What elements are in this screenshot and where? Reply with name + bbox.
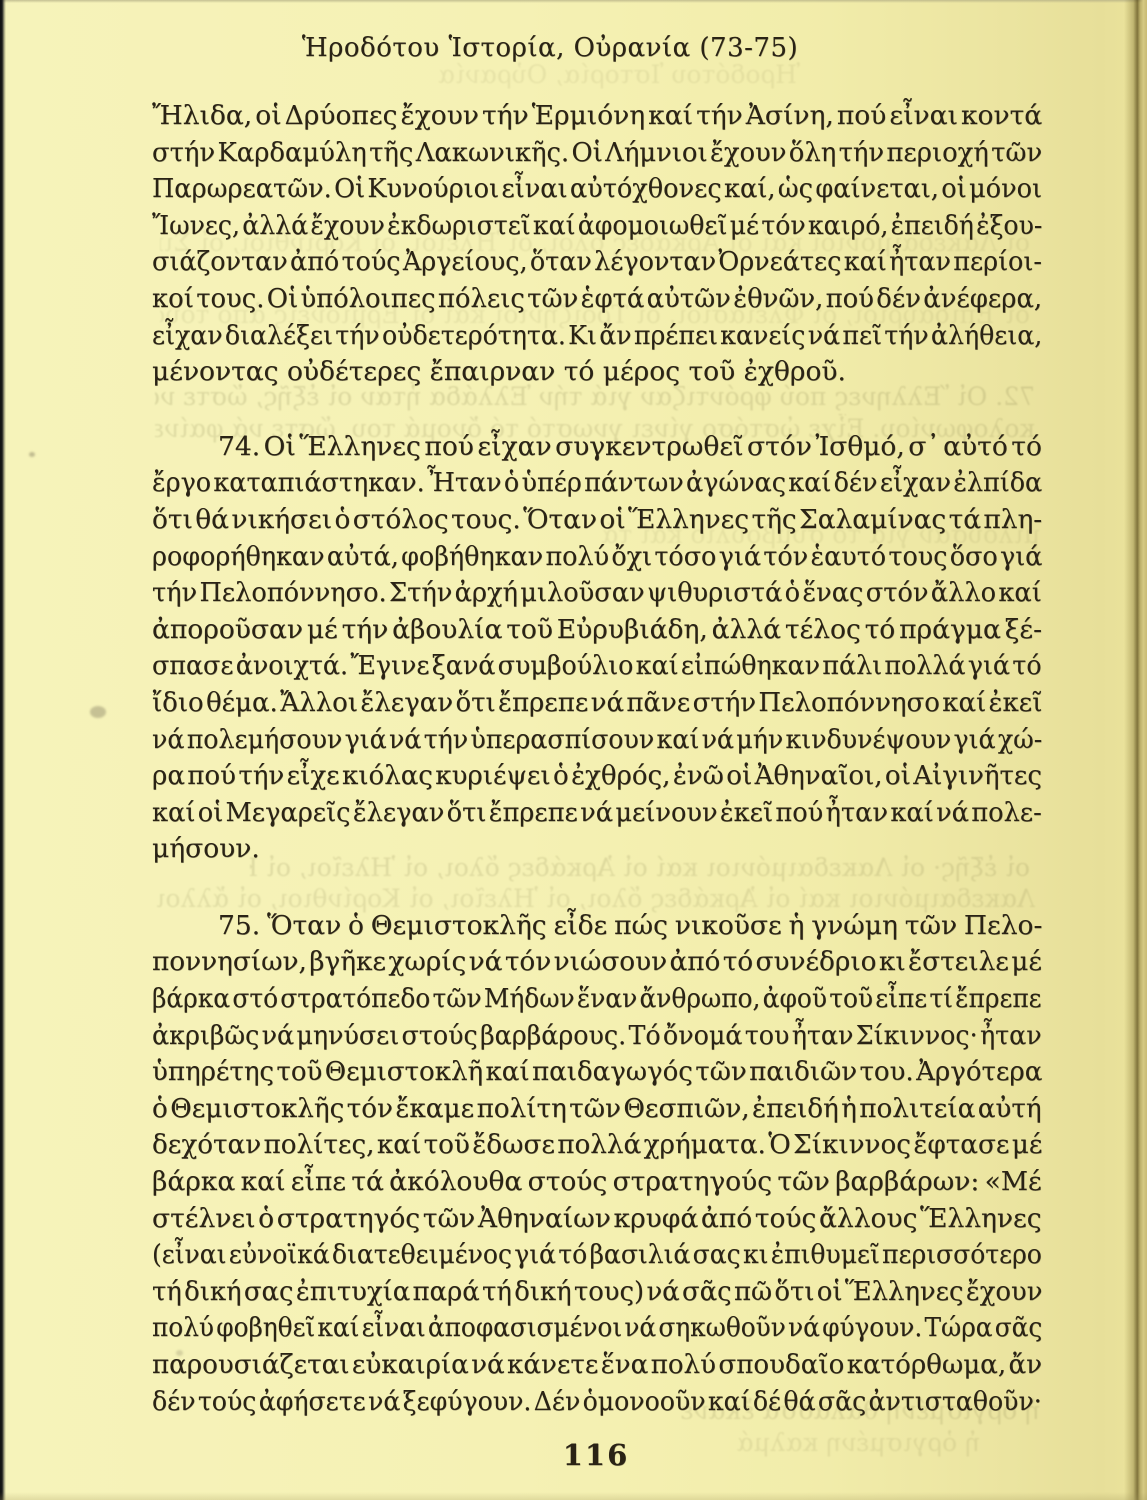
- scan-edge-right-fold: [1124, 0, 1147, 1500]
- text-line: πολύ φοβηθεῖ καί εἶναι ἀποφασισμένοι νά …: [152, 1310, 1042, 1347]
- text-line: σιάζονταν ἀπό τούς Ἀργείους, ὅταν λέγοντ…: [152, 244, 1042, 281]
- text-line: ὁ Θεμιστοκλῆς τόν ἔκαμε πολίτη τῶν Θεσπι…: [152, 1091, 1042, 1128]
- text-line: βάρκα καί εἶπε τά ἀκόλουθα στούς στρατηγ…: [152, 1164, 1042, 1201]
- text-line: στήν Καρδαμύλη τῆς Λακωνικῆς. Οἱ Λήμνιοι…: [152, 135, 1042, 172]
- text-line: ρα πού τήν εἶχε κιόλας κυριέψει ὁ ἐχθρός…: [152, 758, 1042, 795]
- running-header: Ἡροδότου Ἱστορία, Οὐρανία (73-75): [130, 33, 970, 63]
- text-line: 75. Ὅταν ὁ Θεμιστοκλῆς εἶδε πώς νικοῦσε …: [152, 908, 1042, 945]
- text-line: σπασε ἀνοιχτά. Ἔγινε ξανά συμβούλιο καί …: [152, 648, 1042, 685]
- text-line: ὅτι θά νικήσει ὁ στόλος τους. Ὅταν οἱ Ἕλ…: [152, 502, 1042, 539]
- ink-speck: [29, 452, 35, 457]
- text-line: Ἤλιδα, οἱ Δρύοπες ἔχουν τήν Ἑρμιόνη καί …: [152, 98, 1042, 135]
- text-line: τή δική σας ἐπιτυχία παρά τή δική τους) …: [152, 1274, 1042, 1311]
- scan-edge-left: [0, 0, 6, 1500]
- text-line: δεχόταν πολίτες, καί τοῦ ἔδωσε πολλά χρή…: [152, 1127, 1042, 1164]
- text-line: 74. Οἱ Ἕλληνες πού εἶχαν συγκεντρωθεῖ στ…: [152, 429, 1042, 466]
- text-line: δέν τούς ἀφήσετε νά ξεφύγουν. Δέν ὁμονοο…: [152, 1384, 1042, 1421]
- scan-edge-bottom: [0, 1492, 1147, 1500]
- text-line: (εἶναι εὐνοϊκά διατεθειμένος γιά τό βασι…: [152, 1237, 1042, 1274]
- page-number: 116: [563, 1438, 630, 1472]
- text-line: μήσουν.: [152, 831, 1042, 868]
- text-line: Ἴωνες, ἀλλά ἔχουν ἐκδωριστεῖ καί ἀφομοιω…: [152, 208, 1042, 245]
- text-line: Παρωρεατῶν. Οἱ Κυνούριοι εἶναι αὐτόχθονε…: [152, 171, 1042, 208]
- text-line: μένοντας οὐδέτερες ἔπαιρναν τό μέρος τοῦ…: [152, 354, 1042, 391]
- ink-speck: [90, 706, 106, 718]
- text-line: ροφορήθηκαν αὐτά, φοβήθηκαν πολύ ὄχι τόσ…: [152, 539, 1042, 576]
- text-line: ἴδιο θέμα. Ἄλλοι ἔλεγαν ὅτι ἔπρεπε νά πᾶ…: [152, 685, 1042, 722]
- text-line: στέλνει ὁ στρατηγός τῶν Ἀθηναίων κρυφά ἀ…: [152, 1201, 1042, 1238]
- text-line: ὑπηρέτης τοῦ Θεμιστοκλῆ καί παιδαγωγός τ…: [152, 1054, 1042, 1091]
- text-line: βάρκα στό στρατόπεδο τῶν Μήδων ἕναν ἄνθρ…: [152, 981, 1042, 1018]
- text-line: ἀποροῦσαν μέ τήν ἀβουλία τοῦ Εὐρυβιάδη, …: [152, 612, 1042, 649]
- paragraph-75: 75. Ὅταν ὁ Θεμιστοκλῆς εἶδε πώς νικοῦσε …: [152, 908, 1042, 1420]
- text-line: εἶχαν διαλέξει τήν οὐδετερότητα. Κι ἄν π…: [152, 318, 1042, 355]
- paragraph-74: 74. Οἱ Ἕλληνες πού εἶχαν συγκεντρωθεῖ στ…: [152, 429, 1042, 868]
- text-line: τήν Πελοπόννησο. Στήν ἀρχή μιλοῦσαν ψιθυ…: [152, 575, 1042, 612]
- scanned-book-page: Ἡροδότου Ἱστορία, Οὐρανίαοἱ Λακεδαιμόνιο…: [0, 0, 1147, 1500]
- bleed-through-text: ἡ ὀργισμένη καλμά: [700, 1428, 980, 1457]
- page-body: Ἤλιδα, οἱ Δρύοπες ἔχουν τήν Ἑρμιόνη καί …: [152, 98, 1042, 1420]
- text-line: ποννησίων, βγῆκε χωρίς νά τόν νιώσουν ἀπ…: [152, 944, 1042, 981]
- text-line: ἔργο καταπιάστηκαν. Ἦταν ὁ ὑπέρ πάντων ἀ…: [152, 465, 1042, 502]
- text-line: ἀκριβῶς νά μηνύσει στούς βαρβάρους. Τό ὄ…: [152, 1018, 1042, 1055]
- text-line: καί οἱ Μεγαρεῖς ἔλεγαν ὅτι ἔπρεπε νά μεί…: [152, 795, 1042, 832]
- scan-edge-top: [0, 0, 1147, 3]
- text-line: κοί τους. Οἱ ὑπόλοιπες πόλεις τῶν ἑφτά α…: [152, 281, 1042, 318]
- text-line: νά πολεμήσουν γιά νά τήν ὑπερασπίσουν κα…: [152, 722, 1042, 759]
- text-line: παρουσιάζεται εὐκαιρία νά κάνετε ἕνα πολ…: [152, 1347, 1042, 1384]
- bleed-through-text: Ἡροδότου Ἱστορία, Οὐρανία: [420, 60, 800, 89]
- ink-speck: [176, 1350, 183, 1356]
- paragraph-73-continuation: Ἤλιδα, οἱ Δρύοπες ἔχουν τήν Ἑρμιόνη καί …: [152, 98, 1042, 391]
